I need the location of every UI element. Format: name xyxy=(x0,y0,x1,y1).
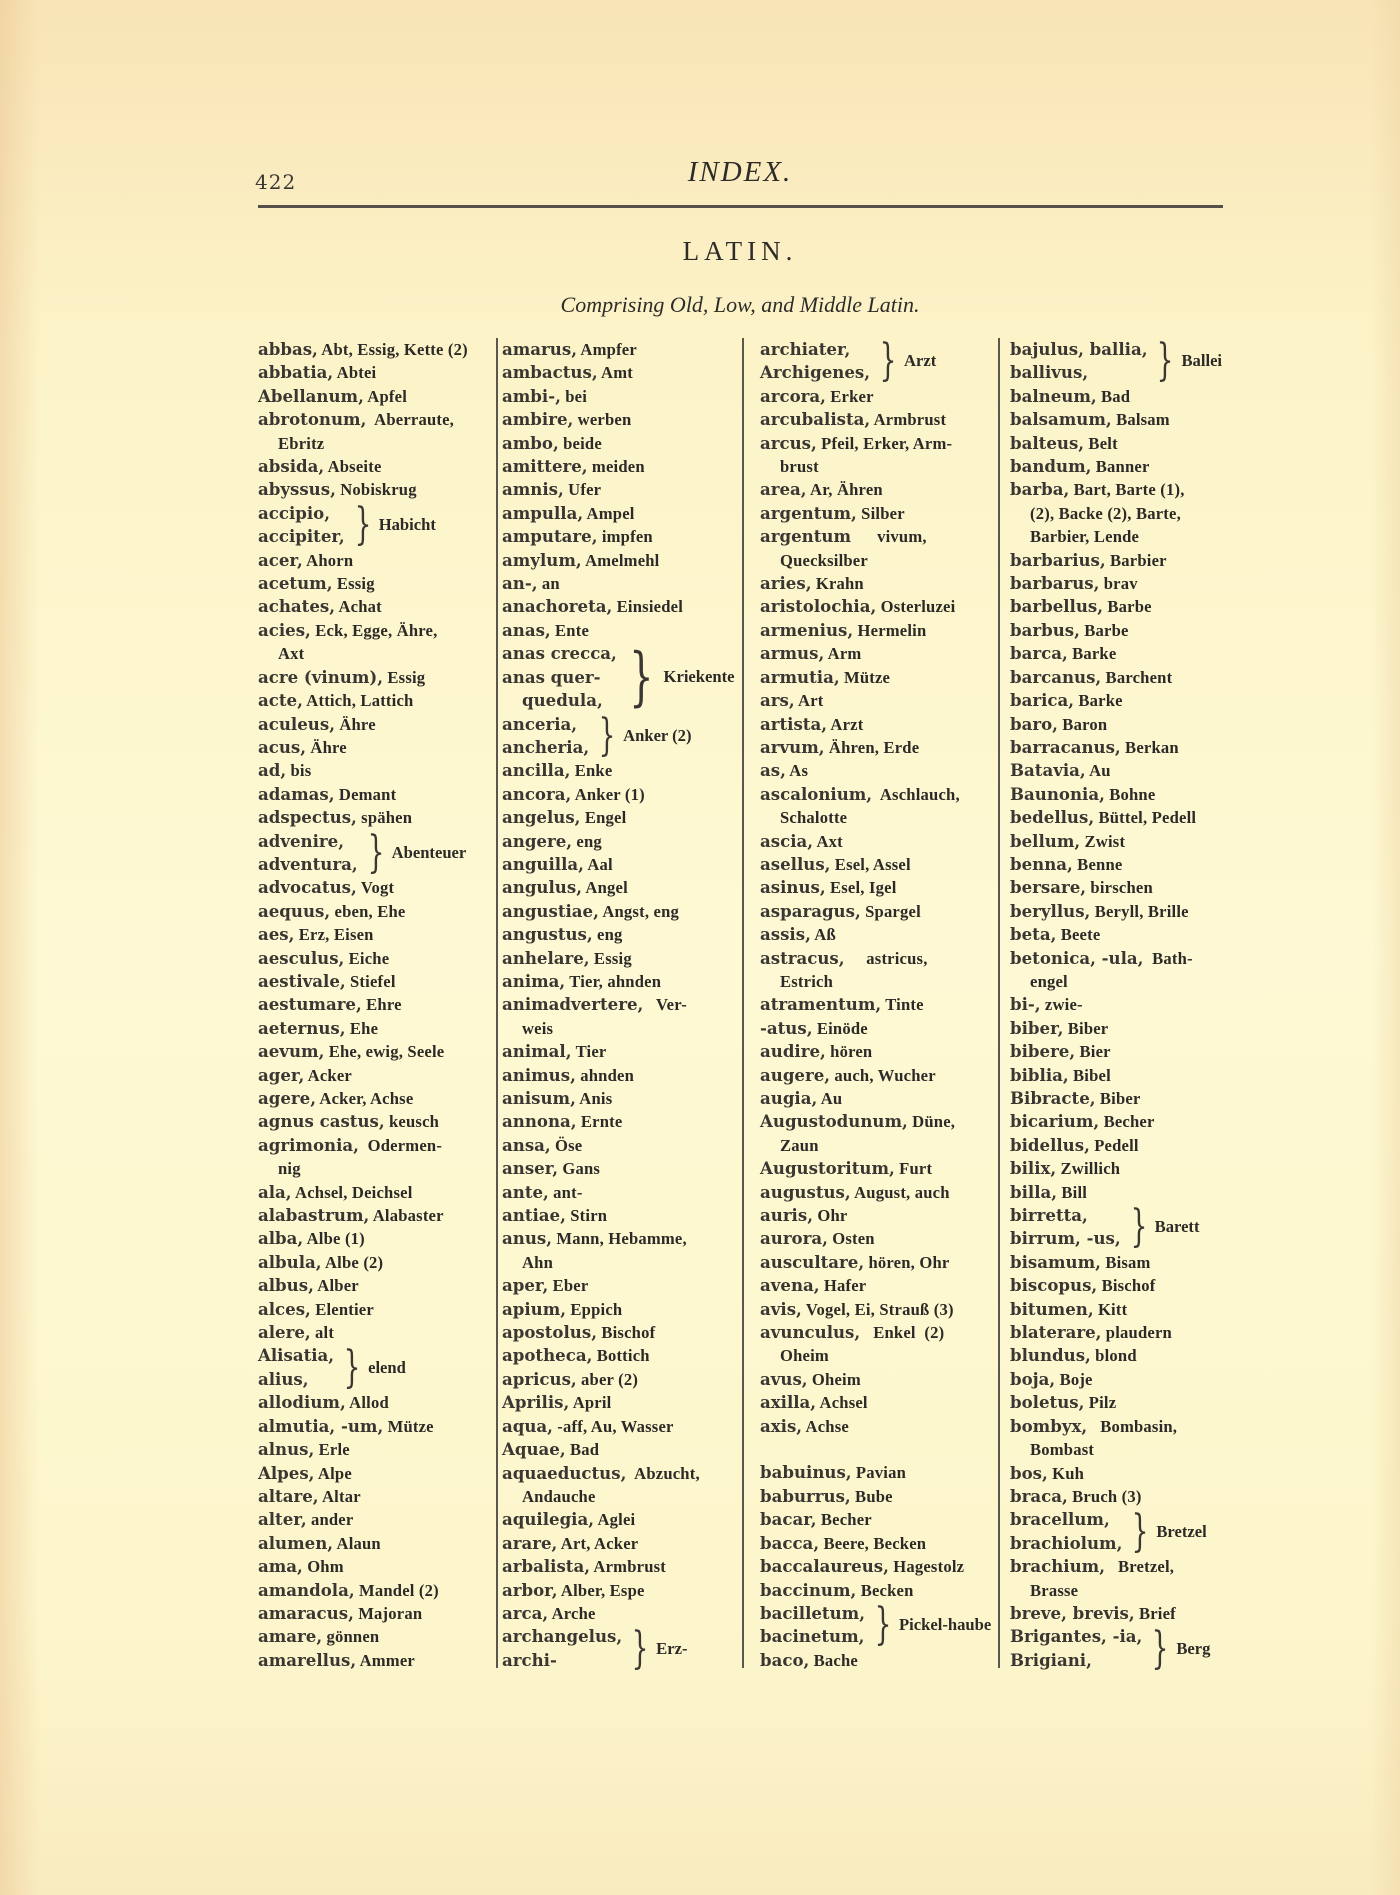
latin-headword: avunculus, xyxy=(760,1322,860,1342)
german-cognates: Esel, Assel xyxy=(830,855,910,874)
latin-headword: amaracus, xyxy=(258,1603,354,1623)
german-cognates: Mann, Hebamme, xyxy=(552,1229,687,1248)
index-entry: -atus, Einöde xyxy=(760,1017,992,1040)
latin-headword: absida, xyxy=(258,456,324,476)
latin-headword: apotheca, xyxy=(502,1345,592,1365)
latin-headword: acus, xyxy=(258,737,306,757)
index-entry: apricus, aber (2) xyxy=(502,1368,734,1391)
index-entry: bandum, Banner xyxy=(1010,455,1242,478)
german-cognates: Arm xyxy=(824,644,861,663)
latin-headword: -atus, xyxy=(760,1018,813,1038)
index-entry: abbas, Abt, Essig, Kette (2) xyxy=(258,338,490,361)
german-cognates: eng xyxy=(593,925,623,944)
german-cognates: Arzt xyxy=(904,351,936,371)
german-cognates: Eber xyxy=(548,1276,588,1295)
index-entry: amnis, Ufer xyxy=(502,478,734,501)
right-brace-icon: } xyxy=(354,502,371,548)
latin-headword: barbellus, xyxy=(1010,596,1103,616)
latin-headword: adamas, xyxy=(258,784,335,804)
index-entry: audire, hören xyxy=(760,1040,992,1063)
german-cognates: Düne, xyxy=(908,1112,955,1131)
index-entry: amarellus, Ammer xyxy=(258,1649,490,1672)
latin-headword: annona, xyxy=(502,1111,577,1131)
german-cognates: Einöde xyxy=(813,1019,868,1038)
latin-headword: aper, xyxy=(502,1275,548,1295)
german-cognates: Angst, eng xyxy=(599,902,679,921)
latin-headword: alnus, xyxy=(258,1439,314,1459)
index-entry: avena, Hafer xyxy=(760,1274,992,1297)
german-cognates: Oheim xyxy=(808,1370,861,1389)
german-cognates: Eck, Egge, Ähre, xyxy=(311,621,438,640)
latin-headword: agere, xyxy=(258,1088,316,1108)
latin-headword: aes, xyxy=(258,924,294,944)
latin-headword: ambire, xyxy=(502,409,573,429)
german-cognates: Abseite xyxy=(324,457,381,476)
german-cognates: Zwillich xyxy=(1056,1159,1120,1178)
index-entry: animal, Tier xyxy=(502,1040,734,1063)
letter-section-gap xyxy=(760,1438,992,1461)
index-entry: barica, Barke xyxy=(1010,689,1242,712)
latin-headword: alius, xyxy=(258,1369,309,1389)
latin-headword: Augustodunum, xyxy=(760,1111,908,1131)
latin-headword: amandola, xyxy=(258,1580,355,1600)
latin-headword: aquaeductus, xyxy=(502,1463,626,1483)
german-cognates: Biber xyxy=(1096,1089,1141,1108)
german-cognates: Öse xyxy=(551,1136,583,1155)
german-cognates: Büttel, Pedell xyxy=(1094,808,1196,827)
latin-headword: apostolus, xyxy=(502,1322,597,1342)
latin-headword: Augustoritum, xyxy=(760,1158,895,1178)
german-cognates: Ähre xyxy=(335,715,376,734)
index-entry: anser, Gans xyxy=(502,1157,734,1180)
german-cognates: vivum, xyxy=(851,527,927,546)
latin-headword: blaterare, xyxy=(1010,1322,1101,1342)
index-entry: ampulla, Ampel xyxy=(502,502,734,525)
index-entry: ars, Art xyxy=(760,689,992,712)
german-cognates: weis xyxy=(522,1019,553,1038)
index-entry: allodium, Allod xyxy=(258,1391,490,1414)
latin-headword: boja, xyxy=(1010,1369,1055,1389)
german-cognates: Habicht xyxy=(379,515,436,535)
german-cognates: Kuh xyxy=(1048,1464,1084,1483)
latin-headword: betonica, -ula, xyxy=(1010,948,1143,968)
latin-headword: bisamum, xyxy=(1010,1252,1101,1272)
german-cognates: Aal xyxy=(584,855,613,874)
latin-headword: amputare, xyxy=(502,526,597,546)
index-entry: alere, alt xyxy=(258,1321,490,1344)
latin-headword: baccinum, xyxy=(760,1580,856,1600)
index-entry: breve, brevis, Brief xyxy=(1010,1602,1242,1625)
index-entry: barca, Barke xyxy=(1010,642,1242,665)
german-cognates: Mandel (2) xyxy=(355,1581,439,1600)
index-entry: albula, Albe (2) xyxy=(258,1251,490,1274)
german-cognates: Mütze xyxy=(383,1417,434,1436)
latin-headword: brachium, xyxy=(1010,1556,1105,1576)
german-cognates: Abtei xyxy=(333,363,376,382)
index-entry-continuation: Oheim xyxy=(760,1344,992,1367)
latin-headword: ager, xyxy=(258,1065,304,1085)
german-cognates: Barett xyxy=(1155,1217,1200,1237)
index-entry-continuation: Quecksilber xyxy=(760,549,992,572)
german-cognates: aber (2) xyxy=(577,1370,638,1389)
latin-headword: blundus, xyxy=(1010,1345,1091,1365)
german-cognates: Belt xyxy=(1084,434,1118,453)
latin-headword: Brigiani, xyxy=(1010,1650,1092,1670)
index-entry: aeternus, Ehe xyxy=(258,1017,490,1040)
latin-headword: auscultare, xyxy=(760,1252,864,1272)
german-cognates: Oheim xyxy=(780,1346,829,1365)
german-cognates: Ente xyxy=(551,621,589,640)
index-entry-group: Brigantes, -ia,Brigiani,}Berg xyxy=(1010,1625,1242,1672)
index-entry: augia, Au xyxy=(760,1087,992,1110)
index-entry: avunculus, Enkel (2) xyxy=(760,1321,992,1344)
german-cognates: Becken xyxy=(856,1581,913,1600)
page-edge-shadow-right xyxy=(1370,0,1400,1895)
latin-headword: angulus, xyxy=(502,877,582,897)
index-entry: bombyx, Bombasin, xyxy=(1010,1415,1242,1438)
german-cognates: Alpe xyxy=(314,1464,351,1483)
index-entry: ambo, beide xyxy=(502,432,734,455)
latin-headword: arvum, xyxy=(760,737,825,757)
german-cognates: Erker xyxy=(826,387,874,406)
latin-headword: agrimonia, xyxy=(258,1135,359,1155)
latin-headword: Abellanum, xyxy=(258,386,364,406)
latin-headword: anisum, xyxy=(502,1088,576,1108)
latin-headword: Aprilis, xyxy=(502,1392,569,1412)
index-entry: auris, Ohr xyxy=(760,1204,992,1227)
german-cognates: Odermen- xyxy=(359,1136,442,1155)
index-entry-continuation: engel xyxy=(1010,970,1242,993)
latin-headword: auris, xyxy=(760,1205,813,1225)
latin-headword: avena, xyxy=(760,1275,820,1295)
index-entry: barbarus, brav xyxy=(1010,572,1242,595)
german-cognates: Bad xyxy=(566,1440,600,1459)
index-entry: ansa, Öse xyxy=(502,1134,734,1157)
german-cognates: Barke xyxy=(1068,644,1117,663)
german-cognates: Achat xyxy=(335,597,382,616)
german-cognates: Nobiskrug xyxy=(336,480,417,499)
latin-headword: apricus, xyxy=(502,1369,577,1389)
german-cognates: Ehe xyxy=(346,1019,379,1038)
index-entry: bilix, Zwillich xyxy=(1010,1157,1242,1180)
german-cognates: Baron xyxy=(1058,715,1107,734)
latin-headword: Batavia, xyxy=(1010,760,1086,780)
column-rule xyxy=(742,338,744,1668)
index-entry-continuation: Barbier, Lende xyxy=(1010,525,1242,548)
german-cognates: Bad xyxy=(1097,387,1131,406)
german-cognates: Stiefel xyxy=(346,972,396,991)
german-cognates: Ammer xyxy=(356,1651,415,1670)
german-cognates: Estrich xyxy=(780,972,833,991)
right-brace-icon: } xyxy=(599,713,616,759)
index-entry: acus, Ähre xyxy=(258,736,490,759)
german-cognates: Benne xyxy=(1073,855,1123,874)
latin-headword: alces, xyxy=(258,1299,311,1319)
latin-headword: ad, xyxy=(258,760,286,780)
index-entry: bellum, Zwist xyxy=(1010,830,1242,853)
index-entry-continuation: Bombast xyxy=(1010,1438,1242,1461)
latin-headword: aevum, xyxy=(258,1041,324,1061)
index-entry: artista, Arzt xyxy=(760,713,992,736)
latin-headword: abbas, xyxy=(258,339,318,359)
right-brace-icon: } xyxy=(1152,1626,1169,1672)
index-entry: bos, Kuh xyxy=(1010,1462,1242,1485)
latin-headword: advocatus, xyxy=(258,877,357,897)
index-entry: barracanus, Berkan xyxy=(1010,736,1242,759)
index-entry-continuation: Ebritz xyxy=(258,432,490,455)
german-cognates: Ufer xyxy=(564,480,601,499)
latin-headword: bacinetum, xyxy=(760,1626,864,1646)
german-cognates: Banner xyxy=(1091,457,1149,476)
index-entry: as, As xyxy=(760,759,992,782)
index-entry: billa, Bill xyxy=(1010,1181,1242,1204)
german-cognates: Aschlauch, xyxy=(872,785,960,804)
german-cognates: meiden xyxy=(588,457,645,476)
latin-headword: Baunonia, xyxy=(1010,784,1105,804)
german-cognates: Pedell xyxy=(1090,1136,1139,1155)
latin-headword: adventura, xyxy=(258,854,358,874)
latin-headword: bicarium, xyxy=(1010,1111,1099,1131)
german-cognates: Ampfer xyxy=(577,340,637,359)
german-cognates: Essig xyxy=(332,574,374,593)
latin-headword: baburrus, xyxy=(760,1486,851,1506)
index-entry: ambire, werben xyxy=(502,408,734,431)
latin-headword: barbarus, xyxy=(1010,573,1099,593)
index-column-3: archiater,Archigenes,}Arztarcora, Erkera… xyxy=(760,338,992,1678)
german-cognates: Andauche xyxy=(522,1487,596,1506)
index-entry: benna, Benne xyxy=(1010,853,1242,876)
german-cognates: Ernte xyxy=(577,1112,623,1131)
index-entry: bicarium, Becher xyxy=(1010,1110,1242,1133)
index-entry: anima, Tier, ahnden xyxy=(502,970,734,993)
right-brace-icon: } xyxy=(1132,1509,1149,1555)
index-entry: albus, Alber xyxy=(258,1274,490,1297)
german-cognates: Elentier xyxy=(311,1300,374,1319)
index-entry: animus, ahnden xyxy=(502,1064,734,1087)
german-cognates: Ballei xyxy=(1181,351,1222,371)
right-brace-icon: } xyxy=(1130,1204,1147,1250)
index-entry: altare, Altar xyxy=(258,1485,490,1508)
index-entry: area, Ar, Ähren xyxy=(760,478,992,501)
index-entry: atramentum, Tinte xyxy=(760,993,992,1016)
latin-headword: babuinus, xyxy=(760,1462,852,1482)
index-entry: aquilegia, Aglei xyxy=(502,1508,734,1531)
german-cognates: As xyxy=(786,761,808,780)
index-entry: Alpes, Alpe xyxy=(258,1462,490,1485)
latin-headword: baco, xyxy=(760,1650,809,1670)
latin-headword: bilix, xyxy=(1010,1158,1056,1178)
index-entry: armus, Arm xyxy=(760,642,992,665)
latin-headword: ambo, xyxy=(502,433,559,453)
german-cognates: Pickel-haube xyxy=(899,1615,991,1635)
german-cognates: Au xyxy=(1086,761,1111,780)
latin-headword: Archigenes, xyxy=(760,362,870,382)
latin-headword: amarellus, xyxy=(258,1650,356,1670)
latin-headword: Bibracte, xyxy=(1010,1088,1096,1108)
index-entry: alnus, Erle xyxy=(258,1438,490,1461)
german-cognates: Becher xyxy=(1099,1112,1154,1131)
latin-headword: braca, xyxy=(1010,1486,1068,1506)
column-rule xyxy=(496,338,498,1668)
index-entry: axilla, Achsel xyxy=(760,1391,992,1414)
index-entry: baccalaureus, Hagestolz xyxy=(760,1555,992,1578)
index-entry: bedellus, Büttel, Pedell xyxy=(1010,806,1242,829)
page-edge-shadow-left xyxy=(0,0,40,1895)
index-entry: Aquae, Bad xyxy=(502,1438,734,1461)
german-cognates: Armbrust xyxy=(590,1557,666,1576)
index-entry: anachoreta, Einsiedel xyxy=(502,595,734,618)
german-cognates: auch, Wucher xyxy=(830,1066,936,1085)
latin-headword: ascia, xyxy=(760,831,813,851)
index-entry: biscopus, Bischof xyxy=(1010,1274,1242,1297)
german-cognates: Achse xyxy=(802,1417,849,1436)
latin-headword: aesculus, xyxy=(258,948,344,968)
latin-headword: archiater, xyxy=(760,339,850,359)
latin-headword: almutia, -um, xyxy=(258,1416,383,1436)
latin-headword: ascalonium, xyxy=(760,784,872,804)
right-brace-icon: } xyxy=(875,1602,892,1648)
latin-headword: baro, xyxy=(1010,714,1058,734)
latin-headword: bellum, xyxy=(1010,831,1080,851)
german-cognates: Abzucht, xyxy=(626,1464,699,1483)
index-entry-group: archiater,Archigenes,}Arzt xyxy=(760,338,992,385)
latin-headword: alba, xyxy=(258,1228,303,1248)
index-entry: arbor, Alber, Espe xyxy=(502,1579,734,1602)
german-cognates: Ohr xyxy=(813,1206,847,1225)
index-entry: blaterare, plaudern xyxy=(1010,1321,1242,1344)
latin-headword: baccalaureus, xyxy=(760,1556,889,1576)
latin-headword: armenius, xyxy=(760,620,853,640)
german-cognates: Einsiedel xyxy=(612,597,683,616)
german-cognates: Vogt xyxy=(357,878,394,897)
german-cognates: ahnden xyxy=(576,1066,634,1085)
latin-headword: aestumare, xyxy=(258,994,362,1014)
index-entry: avus, Oheim xyxy=(760,1368,992,1391)
latin-headword: anas, xyxy=(502,620,551,640)
german-cognates: Armbrust xyxy=(870,410,946,429)
index-columns: abbas, Abt, Essig, Kette (2)abbatia, Abt… xyxy=(258,338,1228,1678)
index-entry: apium, Eppich xyxy=(502,1298,734,1321)
german-cognates: Amt xyxy=(598,363,633,382)
latin-headword: beryllus, xyxy=(1010,901,1090,921)
latin-headword: aristolochia, xyxy=(760,596,876,616)
index-entry: ante, ant- xyxy=(502,1181,734,1204)
german-cognates: Achsel, Deichsel xyxy=(292,1183,413,1202)
german-cognates: Bath- xyxy=(1143,949,1192,968)
latin-headword: barba, xyxy=(1010,479,1069,499)
latin-headword: avis, xyxy=(760,1299,802,1319)
german-cognates: Attich, Lattich xyxy=(303,691,414,710)
german-cognates: Pilz xyxy=(1084,1393,1116,1412)
index-entry-continuation: Axt xyxy=(258,642,490,665)
index-entry: asellus, Esel, Assel xyxy=(760,853,992,876)
latin-headword: ante, xyxy=(502,1182,549,1202)
latin-headword: anas crecca, xyxy=(502,643,617,663)
german-cognates: ander xyxy=(307,1510,354,1529)
index-entry: ambi-, bei xyxy=(502,385,734,408)
german-cognates: Barbier, Lende xyxy=(1030,527,1139,546)
german-cognates: Erz- xyxy=(656,1639,687,1659)
latin-headword: abrotonum, xyxy=(258,409,366,429)
latin-headword: acetum, xyxy=(258,573,332,593)
index-entry: anguilla, Aal xyxy=(502,853,734,876)
index-entry: ascia, Axt xyxy=(760,830,992,853)
latin-headword: breve, brevis, xyxy=(1010,1603,1135,1623)
column-rule xyxy=(998,338,1000,1668)
german-cognates: Bisam xyxy=(1101,1253,1151,1272)
index-entry: amylum, Amelmehl xyxy=(502,549,734,572)
index-entry-continuation: Andauche xyxy=(502,1485,734,1508)
german-cognates: Bretzel, xyxy=(1105,1557,1174,1576)
index-entry: achates, Achat xyxy=(258,595,490,618)
latin-headword: alere, xyxy=(258,1322,311,1342)
german-cognates: (2), Backe (2), Barte, xyxy=(1030,504,1181,523)
latin-headword: arcubalista, xyxy=(760,409,870,429)
german-cognates: Stirn xyxy=(566,1206,607,1225)
latin-headword: armutia, xyxy=(760,667,840,687)
latin-headword: ampulla, xyxy=(502,503,583,523)
index-entry: axis, Achse xyxy=(760,1415,992,1438)
index-entry: aequus, eben, Ehe xyxy=(258,900,490,923)
index-entry-continuation: Ahn xyxy=(502,1251,734,1274)
index-entry: an-, an xyxy=(502,572,734,595)
index-entry: bersare, birschen xyxy=(1010,876,1242,899)
german-cognates: Bier xyxy=(1075,1042,1111,1061)
german-cognates: Ähren, Erde xyxy=(825,738,920,757)
german-cognates: Abt, Essig, Kette (2) xyxy=(318,340,468,359)
index-entry: arbalista, Armbrust xyxy=(502,1555,734,1578)
index-entry-group: bajulus, ballia,ballivus,}Ballei xyxy=(1010,338,1242,385)
german-cognates: Zwist xyxy=(1080,832,1125,851)
german-cognates: Anis xyxy=(576,1089,613,1108)
german-cognates: Ahorn xyxy=(303,551,354,570)
latin-headword: barcanus, xyxy=(1010,667,1101,687)
latin-headword: bacar, xyxy=(760,1509,817,1529)
latin-headword: assis, xyxy=(760,924,811,944)
german-cognates: an xyxy=(537,574,559,593)
latin-headword: amylum, xyxy=(502,550,582,570)
latin-headword: amarus, xyxy=(502,339,577,359)
latin-headword: quedula, xyxy=(522,690,603,710)
index-entry: Augustoritum, Furt xyxy=(760,1157,992,1180)
index-entry: argentum, Silber xyxy=(760,502,992,525)
german-cognates: Ohm xyxy=(303,1557,344,1576)
latin-headword: amare, xyxy=(258,1626,322,1646)
german-cognates: Essig xyxy=(383,668,425,687)
latin-headword: accipiter, xyxy=(258,526,345,546)
german-cognates: Barbe xyxy=(1103,597,1152,616)
index-entry: Aprilis, April xyxy=(502,1391,734,1414)
latin-headword: aquilegia, xyxy=(502,1509,594,1529)
latin-headword: alter, xyxy=(258,1509,307,1529)
index-entry-group: accipio,accipiter,}Habicht xyxy=(258,502,490,549)
latin-headword: accipio, xyxy=(258,503,330,523)
german-cognates: Axt xyxy=(813,832,843,851)
header-rule xyxy=(258,205,1223,208)
latin-headword: astracus, xyxy=(760,948,845,968)
german-cognates: Berg xyxy=(1176,1639,1210,1659)
latin-headword: anceria, xyxy=(502,714,577,734)
latin-headword: augustus, xyxy=(760,1182,851,1202)
index-entry: aqua, -aff, Au, Wasser xyxy=(502,1415,734,1438)
latin-headword: artista, xyxy=(760,714,827,734)
german-cognates: Au xyxy=(817,1089,842,1108)
german-cognates: Acker xyxy=(304,1066,352,1085)
german-cognates: Ampel xyxy=(583,504,634,523)
latin-headword: ansa, xyxy=(502,1135,551,1155)
right-brace-icon: } xyxy=(1157,338,1174,384)
german-cognates: Hermelin xyxy=(853,621,926,640)
